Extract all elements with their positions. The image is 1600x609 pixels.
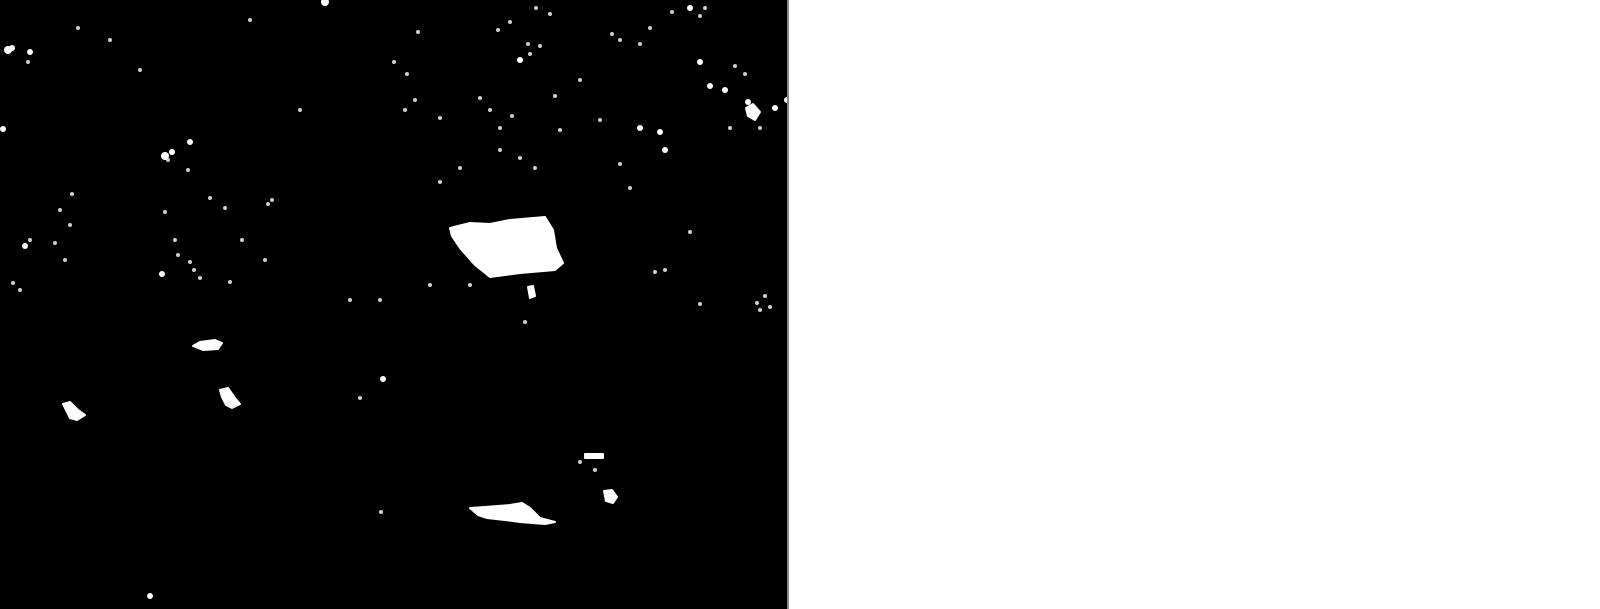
- mask-speck: [558, 128, 562, 132]
- mask-region-left-small-1: [193, 340, 222, 350]
- mask-speck: [18, 288, 22, 292]
- mask-speck: [698, 14, 702, 18]
- mask-speck: [553, 94, 557, 98]
- mask-speck: [198, 276, 202, 280]
- mask-speck: [578, 78, 582, 82]
- mask-speck: [138, 68, 142, 72]
- mask-speck: [733, 64, 737, 68]
- mask-speck: [173, 238, 177, 242]
- mask-speck: [263, 258, 267, 262]
- mask-speck: [758, 126, 762, 130]
- mask-speck: [266, 202, 270, 206]
- mask-speck: [538, 44, 542, 48]
- mask-speck: [416, 30, 420, 34]
- mask-speck: [63, 258, 67, 262]
- mask-speck: [379, 510, 383, 514]
- mask-speck: [510, 114, 514, 118]
- mask-region-right-small-blob: [604, 490, 617, 503]
- mask-speck: [163, 210, 167, 214]
- mask-speck: [321, 0, 329, 6]
- mask-speck: [768, 305, 772, 309]
- blank-panel: [789, 0, 1600, 609]
- mask-speck: [438, 180, 442, 184]
- mask-speck: [438, 116, 442, 120]
- mask-speck: [688, 230, 692, 234]
- mask-speck: [26, 60, 30, 64]
- mask-speck: [653, 270, 657, 274]
- mask-speck: [628, 186, 632, 190]
- mask-speck: [698, 302, 702, 306]
- mask-speck: [703, 6, 707, 10]
- mask-speck: [508, 20, 512, 24]
- mask-speck: [548, 12, 552, 16]
- mask-speck: [22, 243, 28, 249]
- mask-speck: [528, 52, 532, 56]
- mask-region-right-small-dash: [585, 454, 603, 458]
- mask-region-top-right-square: [746, 104, 760, 120]
- mask-speck: [27, 49, 33, 55]
- mask-speck: [488, 108, 492, 112]
- mask-speck: [707, 83, 713, 89]
- mask-speck: [697, 59, 703, 65]
- mask-speck: [498, 148, 502, 152]
- mask-speck: [166, 158, 170, 162]
- mask-speck: [70, 192, 74, 196]
- mask-speck: [248, 18, 252, 22]
- mask-speck: [638, 42, 642, 46]
- segmentation-mask-panel: [0, 0, 787, 609]
- mask-canvas: [0, 0, 787, 609]
- mask-speck: [192, 268, 196, 272]
- mask-speck: [534, 6, 538, 10]
- mask-speck: [428, 283, 432, 287]
- mask-speck: [380, 376, 386, 382]
- mask-speck: [523, 320, 527, 324]
- mask-speck: [610, 32, 614, 36]
- mask-speck: [648, 26, 652, 30]
- mask-speck: [670, 10, 674, 14]
- mask-speck: [518, 156, 522, 160]
- mask-speck: [728, 126, 732, 130]
- mask-speck: [159, 271, 165, 277]
- mask-speck: [468, 283, 472, 287]
- mask-speck: [478, 96, 482, 100]
- mask-speck: [169, 149, 175, 155]
- mask-speck: [0, 126, 6, 132]
- mask-speck: [228, 280, 232, 284]
- mask-speck: [108, 38, 112, 42]
- mask-speck: [662, 147, 668, 153]
- mask-speck: [392, 60, 396, 64]
- mask-speck: [208, 196, 212, 200]
- mask-speck: [403, 108, 407, 112]
- mask-speck: [11, 281, 15, 285]
- mask-speck: [496, 28, 500, 32]
- mask-speck: [188, 260, 192, 264]
- mask-speck: [298, 108, 302, 112]
- mask-speck: [458, 166, 462, 170]
- mask-speck: [517, 57, 523, 63]
- mask-region-below-parallelogram: [528, 286, 535, 298]
- mask-speck: [358, 396, 362, 400]
- mask-speck: [405, 72, 409, 76]
- mask-speck: [53, 241, 57, 245]
- mask-speck: [413, 98, 417, 102]
- mask-speck: [755, 301, 759, 305]
- mask-speck: [58, 208, 62, 212]
- mask-speck: [498, 126, 502, 130]
- mask-speck: [772, 105, 778, 111]
- mask-speck: [9, 45, 15, 51]
- mask-speck: [68, 223, 72, 227]
- mask-region-large-parallelogram: [450, 217, 563, 277]
- mask-speck: [657, 129, 663, 135]
- mask-region-left-small-3: [220, 388, 240, 408]
- mask-speck: [578, 460, 582, 464]
- mask-region-left-small-2: [63, 402, 85, 420]
- mask-region-bottom-elongated: [470, 503, 555, 524]
- mask-speck: [348, 298, 352, 302]
- mask-speck: [598, 118, 602, 122]
- mask-speck: [618, 162, 622, 166]
- mask-speck: [526, 42, 530, 46]
- mask-speck: [147, 593, 153, 599]
- mask-speck: [722, 87, 728, 93]
- mask-speck: [223, 206, 227, 210]
- mask-speck: [240, 238, 244, 242]
- mask-speck: [187, 139, 193, 145]
- mask-speck: [378, 298, 382, 302]
- mask-speck: [28, 238, 32, 242]
- mask-speck: [593, 468, 597, 472]
- mask-speck: [687, 5, 693, 11]
- mask-speck: [186, 168, 190, 172]
- mask-speck: [618, 38, 622, 42]
- mask-speck: [176, 253, 180, 257]
- mask-speck: [270, 198, 274, 202]
- mask-speck: [763, 294, 767, 298]
- mask-speck: [663, 268, 667, 272]
- mask-speck: [76, 26, 80, 30]
- mask-speck: [637, 125, 643, 131]
- mask-speck: [745, 99, 751, 105]
- mask-speck: [743, 72, 747, 76]
- mask-speck: [533, 166, 537, 170]
- mask-speck: [758, 308, 762, 312]
